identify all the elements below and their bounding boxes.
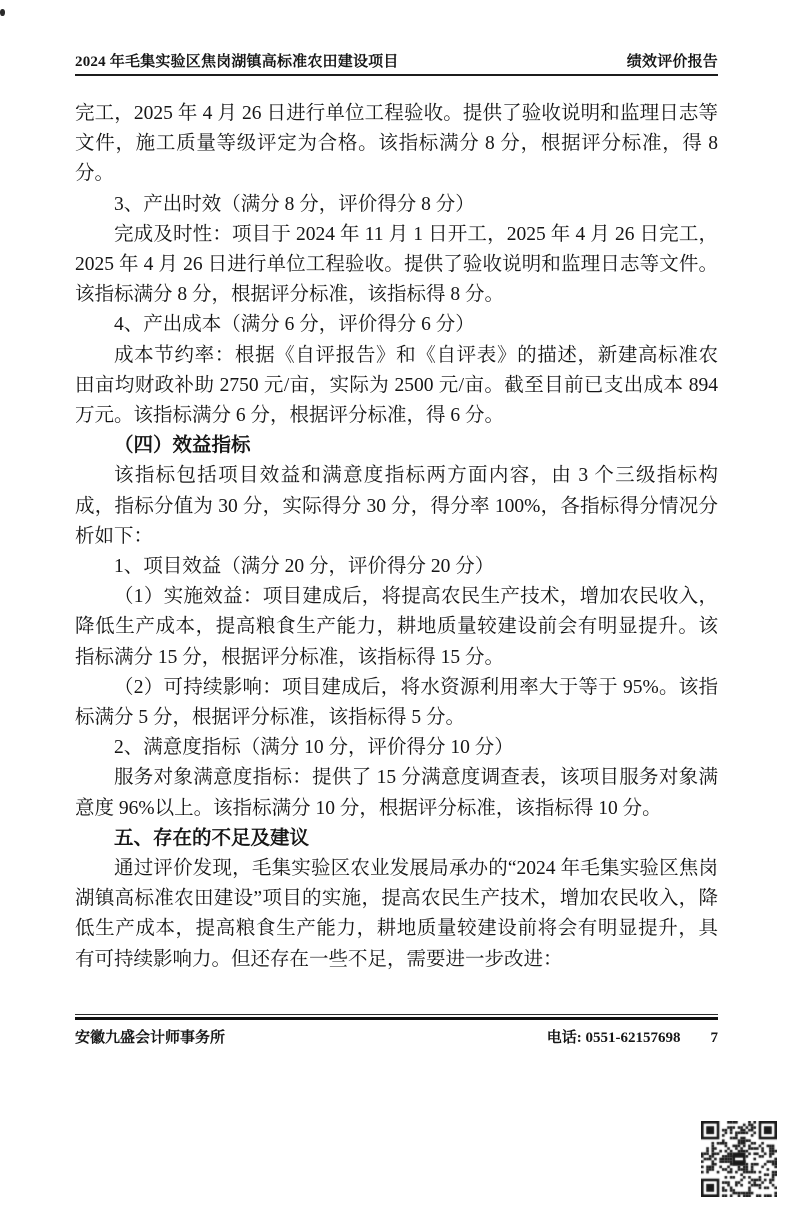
page-header: 2024 年毛集实验区焦岗湖镇高标准农田建设项目 绩效评价报告 — [75, 50, 718, 76]
document-body: 完工，2025 年 4 月 26 日进行单位工程验收。提供了验收说明和监理日志等… — [75, 99, 718, 975]
header-label: 绩效评价报告 — [627, 50, 718, 71]
scan-artifact-speck — [0, 9, 5, 16]
body-paragraph: （1）实施效益：项目建成后，将提高农民生产技术，增加农民收入，降低生产成本，提高… — [75, 582, 718, 673]
body-paragraph: 成本节约率：根据《自评报告》和《自评表》的描述，新建高标准农田亩均财政补助 27… — [75, 341, 718, 432]
body-paragraph: （2）可持续影响：项目建成后，将水资源利用率大于等于 95%。该指标满分 5 分… — [75, 673, 718, 733]
body-paragraph: 完成及时性：项目于 2024 年 11 月 1 日开工，2025 年 4 月 2… — [75, 220, 718, 311]
body-paragraph: 4、产出成本（满分 6 分，评价得分 6 分） — [75, 310, 718, 340]
header-title: 2024 年毛集实验区焦岗湖镇高标准农田建设项目 — [75, 50, 399, 71]
section-heading-deficiencies-suggestions: 五、存在的不足及建议 — [75, 824, 718, 854]
body-paragraph: 通过评价发现，毛集实验区农业发展局承办的“2024 年毛集实验区焦岗湖镇高标准农… — [75, 854, 718, 975]
body-paragraph: 2、满意度指标（满分 10 分，评价得分 10 分） — [75, 733, 718, 763]
body-paragraph: 1、项目效益（满分 20 分，评价得分 20 分） — [75, 552, 718, 582]
footer-phone: 电话: 0551-62157698 — [547, 1026, 681, 1047]
body-paragraph: 完工，2025 年 4 月 26 日进行单位工程验收。提供了验收说明和监理日志等… — [75, 99, 718, 190]
page-footer: 安徽九盛会计师事务所 电话: 0551-62157698 7 — [75, 1026, 718, 1047]
body-paragraph: 服务对象满意度指标：提供了 15 分满意度调查表，该项目服务对象满意度 96%以… — [75, 763, 718, 823]
section-heading-benefit-indicators: （四）效益指标 — [75, 431, 718, 461]
footer-divider-rule — [75, 1014, 718, 1020]
body-paragraph: 该指标包括项目效益和满意度指标两方面内容，由 3 个三级指标构成，指标分值为 3… — [75, 461, 718, 552]
footer-page-number: 7 — [711, 1030, 719, 1047]
footer-company: 安徽九盛会计师事务所 — [75, 1026, 225, 1047]
qr-code — [701, 1121, 777, 1197]
body-paragraph: 3、产出时效（满分 8 分，评价得分 8 分） — [75, 190, 718, 220]
